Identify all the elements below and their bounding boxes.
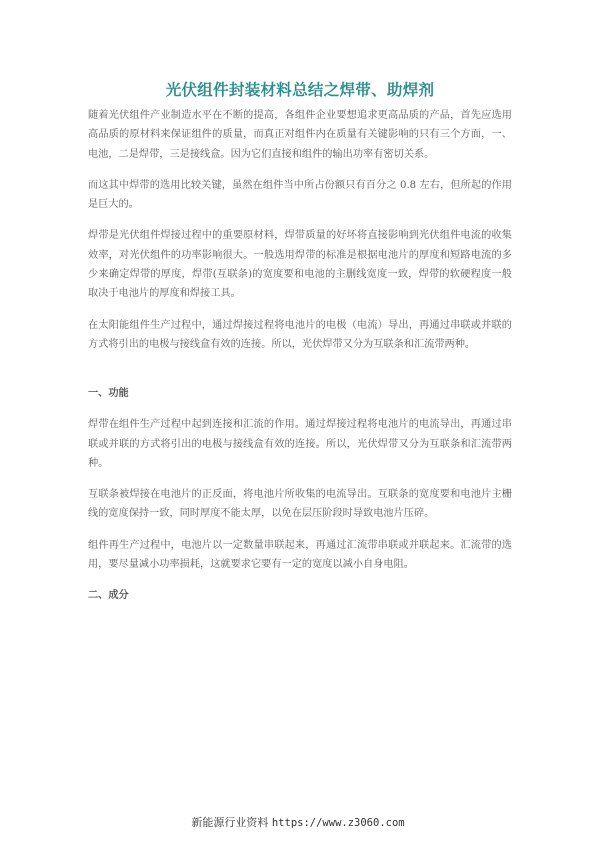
function-paragraph-2: 互联条被焊接在电池片的正反面，将电池片所收集的电流导出。互联条的宽度要和电池片主… [88,485,512,524]
section-heading-function: 一、功能 [88,384,512,403]
footer-label: 新能源行业资料 [191,816,268,829]
paragraph-spacer [88,164,512,176]
function-paragraph-3: 组件再生产过程中，电池片以一定数量串联起来，再通过汇流带串联或并联起来。汇流带的… [88,536,512,575]
function-paragraph-1: 焊带在组件生产过程中起到连接和汇流的作用。通过焊接过程将电池片的电流导出，再通过… [88,415,512,473]
section-heading-composition: 二、成分 [88,586,512,605]
paragraph-spacer [88,403,512,415]
footer-url-link[interactable]: https://www.z3060.com [272,817,405,829]
document-page: 光伏组件封装材料总结之焊带、助焊剂 随着光伏组件产业制造水平在不断的提高，各组件… [88,78,512,605]
intro-paragraph-1: 随着光伏组件产业制造水平在不断的提高，各组件企业要想追求更高品质的产品，首先应选… [88,106,512,164]
section-spacer [88,574,512,586]
intro-paragraph-4: 在太阳能组件生产过程中，通过焊接过程将电池片的电极（电流）导出，再通过串联或并联… [88,316,512,355]
page-footer: 新能源行业资料 https://www.z3060.com [0,814,596,830]
paragraph-spacer [88,524,512,536]
intro-paragraph-2: 而这其中焊带的选用比较关键，虽然在组件当中所占份额只有百分之 0.8 左右，但所… [88,176,512,215]
document-title: 光伏组件封装材料总结之焊带、助焊剂 [88,78,512,100]
section-spacer [88,354,512,384]
paragraph-spacer [88,214,512,226]
paragraph-spacer [88,473,512,485]
intro-paragraph-3: 焊带是光伏组件焊接过程中的重要原材料，焊带质量的好坏将直接影响到光伏组件电流的收… [88,226,512,303]
paragraph-spacer [88,304,512,316]
